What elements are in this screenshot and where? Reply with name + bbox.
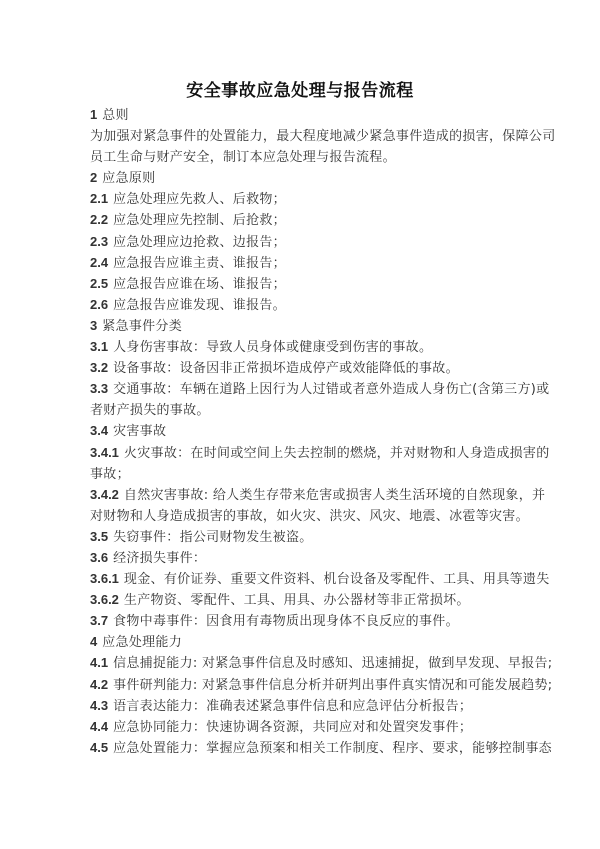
- section-number: 3.1: [90, 339, 108, 354]
- document-line: 4.3语言表达能力：准确表述紧急事件信息和应急评估分析报告；: [90, 695, 512, 716]
- line-text: 应急报告应谁发现、谁报告。: [113, 298, 286, 313]
- document-line: 事故；: [90, 463, 512, 484]
- line-text: 应急处理应边抢救、边报告；: [113, 235, 286, 250]
- line-text: 事故；: [90, 467, 130, 482]
- line-text: 应急处理能力: [102, 635, 182, 650]
- line-text: 为加强对紧急事件的处置能力，最大程度地减少紧急事件造成的损害，保障公司: [90, 129, 556, 144]
- section-number: 2.1: [90, 191, 108, 206]
- document-line: 3.7食物中毒事件：因食用有毒物质出现身体不良反应的事件。: [90, 610, 512, 631]
- section-number: 2.5: [90, 276, 108, 291]
- line-text: 事件研判能力: 对紧急事件信息分析并研判出事件真实情况和可能发展趋势;: [113, 678, 552, 693]
- line-text: 紧急事件分类: [102, 319, 182, 334]
- line-text: 应急报告应谁主责、谁报告；: [113, 256, 286, 271]
- section-number: 3.4.2: [90, 487, 119, 502]
- document-line: 4.1信息捕捉能力: 对紧急事件信息及时感知、迅速捕捉，做到早发现、早报告;: [90, 652, 512, 673]
- line-text: 设备事故：设备因非正常损坏造成停产或效能降低的事故。: [113, 361, 459, 376]
- document-line: 为加强对紧急事件的处置能力，最大程度地减少紧急事件造成的损害，保障公司: [90, 125, 512, 146]
- document-line: 员工生命与财产安全，制订本应急处理与报告流程。: [90, 146, 512, 167]
- document-line: 1总则: [90, 104, 512, 125]
- section-number: 4.5: [90, 740, 108, 755]
- section-number: 4: [90, 634, 97, 649]
- document-line: 4应急处理能力: [90, 631, 512, 652]
- document-line: 2.5应急报告应谁在场、谁报告；: [90, 273, 512, 294]
- line-text: 总则: [102, 108, 129, 123]
- section-number: 3.6: [90, 550, 108, 565]
- document-line: 者财产损失的事故。: [90, 399, 512, 420]
- document-line: 3.6经济损失事件：: [90, 547, 512, 568]
- line-text: 员工生命与财产安全，制订本应急处理与报告流程。: [90, 150, 396, 165]
- section-number: 3.6.1: [90, 571, 119, 586]
- section-number: 4.2: [90, 677, 108, 692]
- line-text: 应急处置能力：掌握应急预案和相关工作制度、程序、要求，能够控制事态: [113, 741, 552, 756]
- document-title: 安全事故应急处理与报告流程: [0, 76, 600, 101]
- section-number: 3: [90, 318, 97, 333]
- line-text: 人身伤害事故：导致人员身体或健康受到伤害的事故。: [113, 340, 432, 355]
- section-number: 2.6: [90, 297, 108, 312]
- line-text: 现金、有价证券、重要文件资料、机台设备及零配件、工具、用具等遗失: [124, 572, 550, 587]
- line-text: 交通事故：车辆在道路上因行为人过错或者意外造成人身伤亡(含第三方)或: [113, 382, 549, 397]
- document-line: 2.4应急报告应谁主责、谁报告；: [90, 252, 512, 273]
- document-line: 4.2事件研判能力: 对紧急事件信息分析并研判出事件真实情况和可能发展趋势;: [90, 674, 512, 695]
- document-line: 3.4.2自然灾害事故: 给人类生存带来危害或损害人类生活环境的自然现象，并: [90, 484, 512, 505]
- document-line: 3.6.1现金、有价证券、重要文件资料、机台设备及零配件、工具、用具等遗失: [90, 568, 512, 589]
- section-number: 3.3: [90, 381, 108, 396]
- section-number: 4.4: [90, 719, 108, 734]
- document-line: 3.6.2生产物资、零配件、工具、用具、办公器材等非正常损坏。: [90, 589, 512, 610]
- section-number: 3.6.2: [90, 592, 119, 607]
- section-number: 2.4: [90, 255, 108, 270]
- document-line: 2应急原则: [90, 167, 512, 188]
- document-line: 2.6应急报告应谁发现、谁报告。: [90, 294, 512, 315]
- line-text: 语言表达能力：准确表述紧急事件信息和应急评估分析报告；: [113, 699, 472, 714]
- line-text: 食物中毒事件：因食用有毒物质出现身体不良反应的事件。: [113, 614, 459, 629]
- line-text: 者财产损失的事故。: [90, 403, 210, 418]
- line-text: 应急协同能力：快速协调各资源，共同应对和处置突发事件；: [113, 720, 472, 735]
- line-text: 应急报告应谁在场、谁报告；: [113, 277, 286, 292]
- document-line: 3.5失窃事件：指公司财物发生被盗。: [90, 526, 512, 547]
- section-number: 2.3: [90, 234, 108, 249]
- document-line: 3紧急事件分类: [90, 315, 512, 336]
- section-number: 4.3: [90, 698, 108, 713]
- line-text: 应急原则: [102, 171, 155, 186]
- document-body: 1总则为加强对紧急事件的处置能力，最大程度地减少紧急事件造成的损害，保障公司员工…: [90, 104, 512, 758]
- line-text: 火灾事故：在时间或空间上失去控制的燃烧，并对财物和人身造成损害的: [124, 446, 550, 461]
- document-line: 2.1应急处理应先救人、后救物；: [90, 188, 512, 209]
- section-number: 3.4: [90, 423, 108, 438]
- document-line: 4.4应急协同能力：快速协调各资源，共同应对和处置突发事件；: [90, 716, 512, 737]
- document-page: 安全事故应急处理与报告流程 1总则为加强对紧急事件的处置能力，最大程度地减少紧急…: [0, 0, 600, 849]
- section-number: 3.5: [90, 529, 108, 544]
- section-number: 2: [90, 170, 97, 185]
- document-line: 3.4.1火灾事故：在时间或空间上失去控制的燃烧，并对财物和人身造成损害的: [90, 442, 512, 463]
- line-text: 灾害事故: [113, 424, 166, 439]
- document-line: 3.3交通事故：车辆在道路上因行为人过错或者意外造成人身伤亡(含第三方)或: [90, 378, 512, 399]
- line-text: 自然灾害事故: 给人类生存带来危害或损害人类生活环境的自然现象，并: [124, 488, 545, 503]
- line-text: 经济损失事件：: [113, 551, 206, 566]
- line-text: 应急处理应先控制、后抢救；: [113, 213, 286, 228]
- section-number: 4.1: [90, 655, 108, 670]
- section-number: 1: [90, 107, 97, 122]
- document-line: 3.2设备事故：设备因非正常损坏造成停产或效能降低的事故。: [90, 357, 512, 378]
- line-text: 失窃事件：指公司财物发生被盗。: [113, 530, 313, 545]
- section-number: 3.7: [90, 613, 108, 628]
- document-line: 3.1人身伤害事故：导致人员身体或健康受到伤害的事故。: [90, 336, 512, 357]
- section-number: 3.2: [90, 360, 108, 375]
- line-text: 信息捕捉能力: 对紧急事件信息及时感知、迅速捕捉，做到早发现、早报告;: [113, 656, 552, 671]
- document-line: 2.3应急处理应边抢救、边报告；: [90, 231, 512, 252]
- line-text: 对财物和人身造成损害的事故，如火灾、洪灾、风灾、地震、冰雹等灾害。: [90, 509, 529, 524]
- section-number: 3.4.1: [90, 445, 119, 460]
- document-line: 4.5应急处置能力：掌握应急预案和相关工作制度、程序、要求，能够控制事态: [90, 737, 512, 758]
- line-text: 生产物资、零配件、工具、用具、办公器材等非正常损坏。: [124, 593, 470, 608]
- document-line: 对财物和人身造成损害的事故，如火灾、洪灾、风灾、地震、冰雹等灾害。: [90, 505, 512, 526]
- section-number: 2.2: [90, 212, 108, 227]
- line-text: 应急处理应先救人、后救物；: [113, 192, 286, 207]
- document-line: 3.4灾害事故: [90, 420, 512, 441]
- document-line: 2.2应急处理应先控制、后抢救；: [90, 209, 512, 230]
